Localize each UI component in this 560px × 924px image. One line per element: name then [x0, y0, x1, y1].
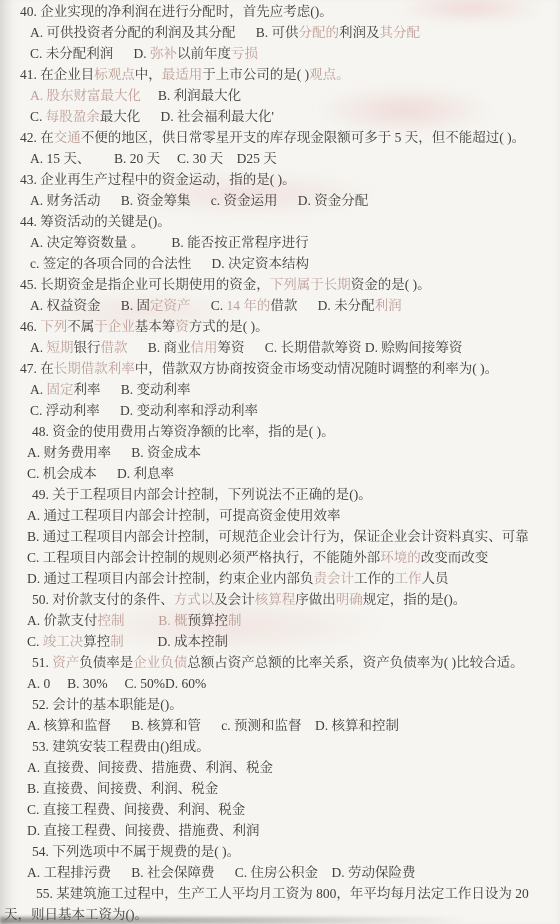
options-line: C. 直接工程费、间接费、利润、税金	[0, 799, 560, 820]
text-segment: 以前年度	[177, 46, 231, 61]
options-line: A. 财务活动 B. 资金筹集 c. 资金运用 D. 资金分配	[0, 190, 560, 211]
text-segment: 银行	[74, 340, 101, 355]
question-line: 49. 关于工程项目内部会计控制，下列说法不正确的是()。	[0, 484, 560, 505]
options-line: B. 通过工程项目内部会计控制，可规范企业会计行为，保证企业会计资料真实、可靠	[0, 526, 560, 547]
text-segment: C. 直接工程费、间接费、利润、税金	[27, 802, 245, 817]
text-segment: B. 概	[158, 613, 187, 628]
text-segment: 41. 在企业目	[20, 67, 94, 82]
text-segment: 观点。	[309, 67, 350, 82]
question-line: 48. 资金的使用费用占筹资净额的比率，指的是( )。	[0, 421, 560, 442]
text-segment: C. 工程项目内部会计控制的规则必须严格执行，不能随外部	[27, 550, 380, 565]
text-segment: 基本筹	[135, 319, 176, 334]
text-segment: B. 利润最大化	[141, 88, 241, 103]
text-segment: 52. 会计的基本职能是()。	[32, 697, 183, 712]
text-segment: 最适用	[162, 67, 203, 82]
options-line: A. 决定筹资数量 。 B. 能否按正常程序进行	[0, 232, 560, 253]
question-line: 52. 会计的基本职能是()。	[0, 694, 560, 715]
options-line: A. 15 天、 B. 20 天 C. 30 天 D25 天	[0, 148, 560, 169]
text-segment: 责会计	[314, 571, 355, 586]
text-segment: C. 未分配利润 D.	[30, 46, 150, 61]
options-line: A. 通过工程项目内部会计控制，可提高资金使用效率	[0, 505, 560, 526]
text-segment: D. 成本控制	[124, 634, 228, 649]
text-segment: 中，借款双方协商按资金市场变动情况随时调整的利率为( )。	[135, 361, 498, 376]
options-line: A. 短期银行借款 B. 商业信用筹资 C. 长期借款筹资 D. 赊购间接筹资	[0, 337, 560, 358]
text-segment: A. 股东财富最大化	[30, 88, 141, 103]
text-segment: 交通	[54, 130, 81, 145]
options-line: A. 权益资金 B. 固定资产 C. 14 年的借款 D. 未分配利润	[0, 295, 560, 316]
exam-page: 40. 企业实现的净利润在进行分配时，首先应考虑()。A. 可供投资者分配的利润…	[0, 0, 560, 924]
text-segment: B. 通过工程项目内部会计控制，可规范企业会计行为，保证企业会计资料真实、可靠	[27, 529, 529, 544]
options-line: A. 价款支付控制 B. 概预算控制	[0, 610, 560, 631]
text-segment: 总额占资产总额的比率关系，资产负债率为( )比较合适。	[187, 655, 523, 670]
text-segment: 竣工决	[43, 634, 84, 649]
options-line: A. 直接费、间接费、措施费、利润、税金	[0, 757, 560, 778]
text-segment: 亏损	[231, 46, 258, 61]
question-line: 45. 长期资金是指企业可长期使用的资金，下列属于长期资金的是( )。	[0, 274, 560, 295]
text-segment: 明确	[336, 592, 363, 607]
text-segment: A.	[30, 340, 47, 355]
text-segment: A. 15 天、 B. 20 天 C. 30 天 D25 天	[30, 151, 277, 166]
text-segment: 预算控	[188, 613, 229, 628]
question-line: 42. 在交通不便的地区，供日常零星开支的库存现金限额可多于 5 天，但不能超过…	[0, 127, 560, 148]
options-line: A. 财务费用率 B. 资金成本	[0, 442, 560, 463]
text-segment: 信用	[191, 340, 218, 355]
options-line: A. 0 B. 30% C. 50%D. 60%	[0, 673, 560, 694]
text-segment: C. 机会成本 D. 利息率	[27, 466, 174, 481]
question-line: 41. 在企业目标观点中，最适用于上市公司的是( )观点。	[0, 64, 560, 85]
text-segment: 定资产	[150, 298, 191, 313]
text-segment: 核算程	[255, 592, 296, 607]
continuation-line: 天，则日基本工资为()。	[0, 904, 560, 924]
options-line: C. 浮动利率 D. 变动利率和浮动利率	[0, 400, 560, 421]
text-segment: 环境的	[380, 550, 421, 565]
question-line: 50. 对价款支付的条件、方式以及会计核算程序做出明确规定，指的是()。	[0, 589, 560, 610]
text-segment: 方式的是( )。	[189, 319, 269, 334]
text-segment: 51.	[32, 655, 52, 670]
text-segment: 46.	[20, 319, 40, 334]
text-segment: C.	[27, 634, 43, 649]
text-segment: 14 年的	[227, 298, 271, 313]
options-line: C. 竣工决算控制 D. 成本控制	[0, 631, 560, 652]
text-segment: 及会计	[214, 592, 255, 607]
text-segment: 于企业	[94, 319, 135, 334]
text-segment: 55. 某建筑施工过程中，生产工人平均月工资为 800，年平均每月法定工作日设为…	[36, 886, 529, 901]
text-segment: 资金的是( )。	[351, 277, 431, 292]
options-line: A. 股东财富最大化 B. 利润最大化	[0, 85, 560, 106]
text-segment: 资	[175, 319, 189, 334]
text-segment: 工作	[395, 571, 422, 586]
question-line: 53. 建筑安装工程费由()组成。	[0, 736, 560, 757]
options-line: c. 签定的各项合同的合法性 D. 决定资本结构	[0, 253, 560, 274]
text-segment: A. 权益资金 B. 固	[30, 298, 150, 313]
text-segment: 短期	[47, 340, 74, 355]
text-segment: 不便的地区，供日常零星开支的库存现金限额可多于 5 天，但不能超过( )。	[81, 130, 525, 145]
text-segment: 48. 资金的使用费用占筹资净额的比率，指的是( )。	[32, 424, 335, 439]
text-segment: 54. 下列选项中不属于规费的是( )。	[32, 844, 240, 859]
text-segment: 规定，指的是()。	[363, 592, 467, 607]
text-segment: 企业负债	[133, 655, 187, 670]
text-segment: C. 浮动利率 D. 变动利率和浮动利率	[30, 403, 258, 418]
text-segment: 53. 建筑安装工程费由()组成。	[32, 739, 210, 754]
question-line: 43. 企业再生产过程中的资金运动，指的是( )。	[0, 169, 560, 190]
text-segment: 资产	[52, 655, 79, 670]
text-segment: A. 决定筹资数量 。 B. 能否按正常程序进行	[30, 235, 309, 250]
text-segment: 中，	[135, 67, 162, 82]
question-line: 46. 下列不属于企业基本筹资方式的是( )。	[0, 316, 560, 337]
text-segment: 控制	[98, 613, 125, 628]
text-segment: 方式以	[174, 592, 215, 607]
text-segment: 下列	[40, 319, 67, 334]
options-line: D. 直接工程费、间接费、措施费、利润	[0, 820, 560, 841]
text-segment: 47. 在	[20, 361, 54, 376]
text-segment: 序做出	[295, 592, 336, 607]
text-segment: 42. 在	[20, 130, 54, 145]
text-segment: C.	[30, 109, 46, 124]
text-segment: 于上市公司的是( )	[202, 67, 309, 82]
text-segment: A. 可供投资者分配的利润及其分配 B. 可供	[30, 25, 299, 40]
text-segment: A. 工程排污费 B. 社会保障费 C. 住房公积金 D. 劳动保险费	[27, 865, 416, 880]
text-segment: A. 通过工程项目内部会计控制，可提高资金使用效率	[27, 508, 341, 523]
options-line: A. 工程排污费 B. 社会保障费 C. 住房公积金 D. 劳动保险费	[0, 862, 560, 883]
text-segment: 分配的	[299, 25, 340, 40]
text-segment: A. 核算和监督 B. 核算和管 c. 预测和监督 D. 核算和控制	[27, 718, 399, 733]
options-line: C. 工程项目内部会计控制的规则必须严格执行，不能随外部环境的改变而改变	[0, 547, 560, 568]
text-segment: C.	[191, 298, 227, 313]
text-segment: 每股盈余	[46, 109, 100, 124]
text-segment: 天，则日基本工资为()。	[4, 907, 148, 922]
question-list: 40. 企业实现的净利润在进行分配时，首先应考虑()。A. 可供投资者分配的利润…	[0, 0, 560, 924]
options-line: A. 固定利率 B. 变动利率	[0, 379, 560, 400]
options-line: A. 可供投资者分配的利润及其分配 B. 可供分配的利润及其分配	[0, 22, 560, 43]
options-line: C. 未分配利润 D. 弥补以前年度亏损	[0, 43, 560, 64]
text-segment: A. 价款支付	[27, 613, 98, 628]
text-segment: 借款 D. 未分配	[270, 298, 374, 313]
question-line: 40. 企业实现的净利润在进行分配时，首先应考虑()。	[0, 1, 560, 22]
text-segment	[125, 613, 159, 628]
text-segment: 利率 B. 变动利率	[74, 382, 191, 397]
text-segment: 算控	[83, 634, 110, 649]
options-line: D. 通过工程项目内部会计控制，约束企业内部负责会计工作的工作人员	[0, 568, 560, 589]
question-line: 54. 下列选项中不属于规费的是( )。	[0, 841, 560, 862]
text-segment: 固定	[47, 382, 74, 397]
text-segment: 借款	[101, 340, 128, 355]
text-segment: 最大化 D. 社会福利最大化'	[100, 109, 274, 124]
question-line: 51. 资产负债率是企业负债总额占资产总额的比率关系，资产负债率为( )比较合适…	[0, 652, 560, 673]
text-segment: 不属	[67, 319, 94, 334]
options-line: A. 核算和监督 B. 核算和管 c. 预测和监督 D. 核算和控制	[0, 715, 560, 736]
text-segment: A. 财务活动 B. 资金筹集 c. 资金运用 D. 资金分配	[30, 193, 368, 208]
text-segment: 人员	[422, 571, 449, 586]
text-segment: 改变而改变	[421, 550, 489, 565]
text-segment: D. 通过工程项目内部会计控制，约束企业内部负	[27, 571, 314, 586]
text-segment: 45. 长期资金是指企业可长期使用的资金，	[20, 277, 270, 292]
text-segment: A. 0 B. 30% C. 50%D. 60%	[27, 676, 206, 691]
options-line: B. 直接费、间接费、利润、税金	[0, 778, 560, 799]
text-segment: 筹资 C. 长期借款筹资 D. 赊购间接筹资	[218, 340, 463, 355]
text-segment: 50. 对价款支付的条件、	[32, 592, 174, 607]
text-segment: 制	[228, 613, 242, 628]
text-segment: c. 签定的各项合同的合法性 D. 决定资本结构	[30, 256, 309, 271]
text-segment: B. 商业	[128, 340, 191, 355]
text-segment: A.	[30, 382, 47, 397]
text-segment: 利润及	[339, 25, 380, 40]
text-segment: 负债率是	[79, 655, 133, 670]
question-line: 55. 某建筑施工过程中，生产工人平均月工资为 800，年平均每月法定工作日设为…	[0, 883, 560, 904]
text-segment: 标观点	[94, 67, 135, 82]
text-segment: 下列属于长期	[270, 277, 351, 292]
question-line: 47. 在长期借款利率中，借款双方协商按资金市场变动情况随时调整的利率为( )。	[0, 358, 560, 379]
text-segment: A. 直接费、间接费、措施费、利润、税金	[27, 760, 273, 775]
text-segment: 弥补	[150, 46, 177, 61]
text-segment: B. 直接费、间接费、利润、税金	[27, 781, 218, 796]
text-segment: 43. 企业再生产过程中的资金运动，指的是( )。	[20, 172, 296, 187]
text-segment: 工作的	[354, 571, 395, 586]
text-segment: 40. 企业实现的净利润在进行分配时，首先应考虑()。	[20, 4, 333, 19]
text-segment: 49. 关于工程项目内部会计控制，下列说法不正确的是()。	[32, 487, 372, 502]
text-segment: 制	[110, 634, 124, 649]
text-segment: 其分配	[380, 25, 421, 40]
question-line: 44. 筹资活动的关键是()。	[0, 211, 560, 232]
options-line: C. 机会成本 D. 利息率	[0, 463, 560, 484]
text-segment: 44. 筹资活动的关键是()。	[20, 214, 171, 229]
text-segment: 利润	[375, 298, 402, 313]
text-segment: D. 直接工程费、间接费、措施费、利润	[27, 823, 260, 838]
text-segment: 长期借款利率	[54, 361, 135, 376]
text-segment: A. 财务费用率 B. 资金成本	[27, 445, 201, 460]
options-line: C. 每股盈余最大化 D. 社会福利最大化'	[0, 106, 560, 127]
